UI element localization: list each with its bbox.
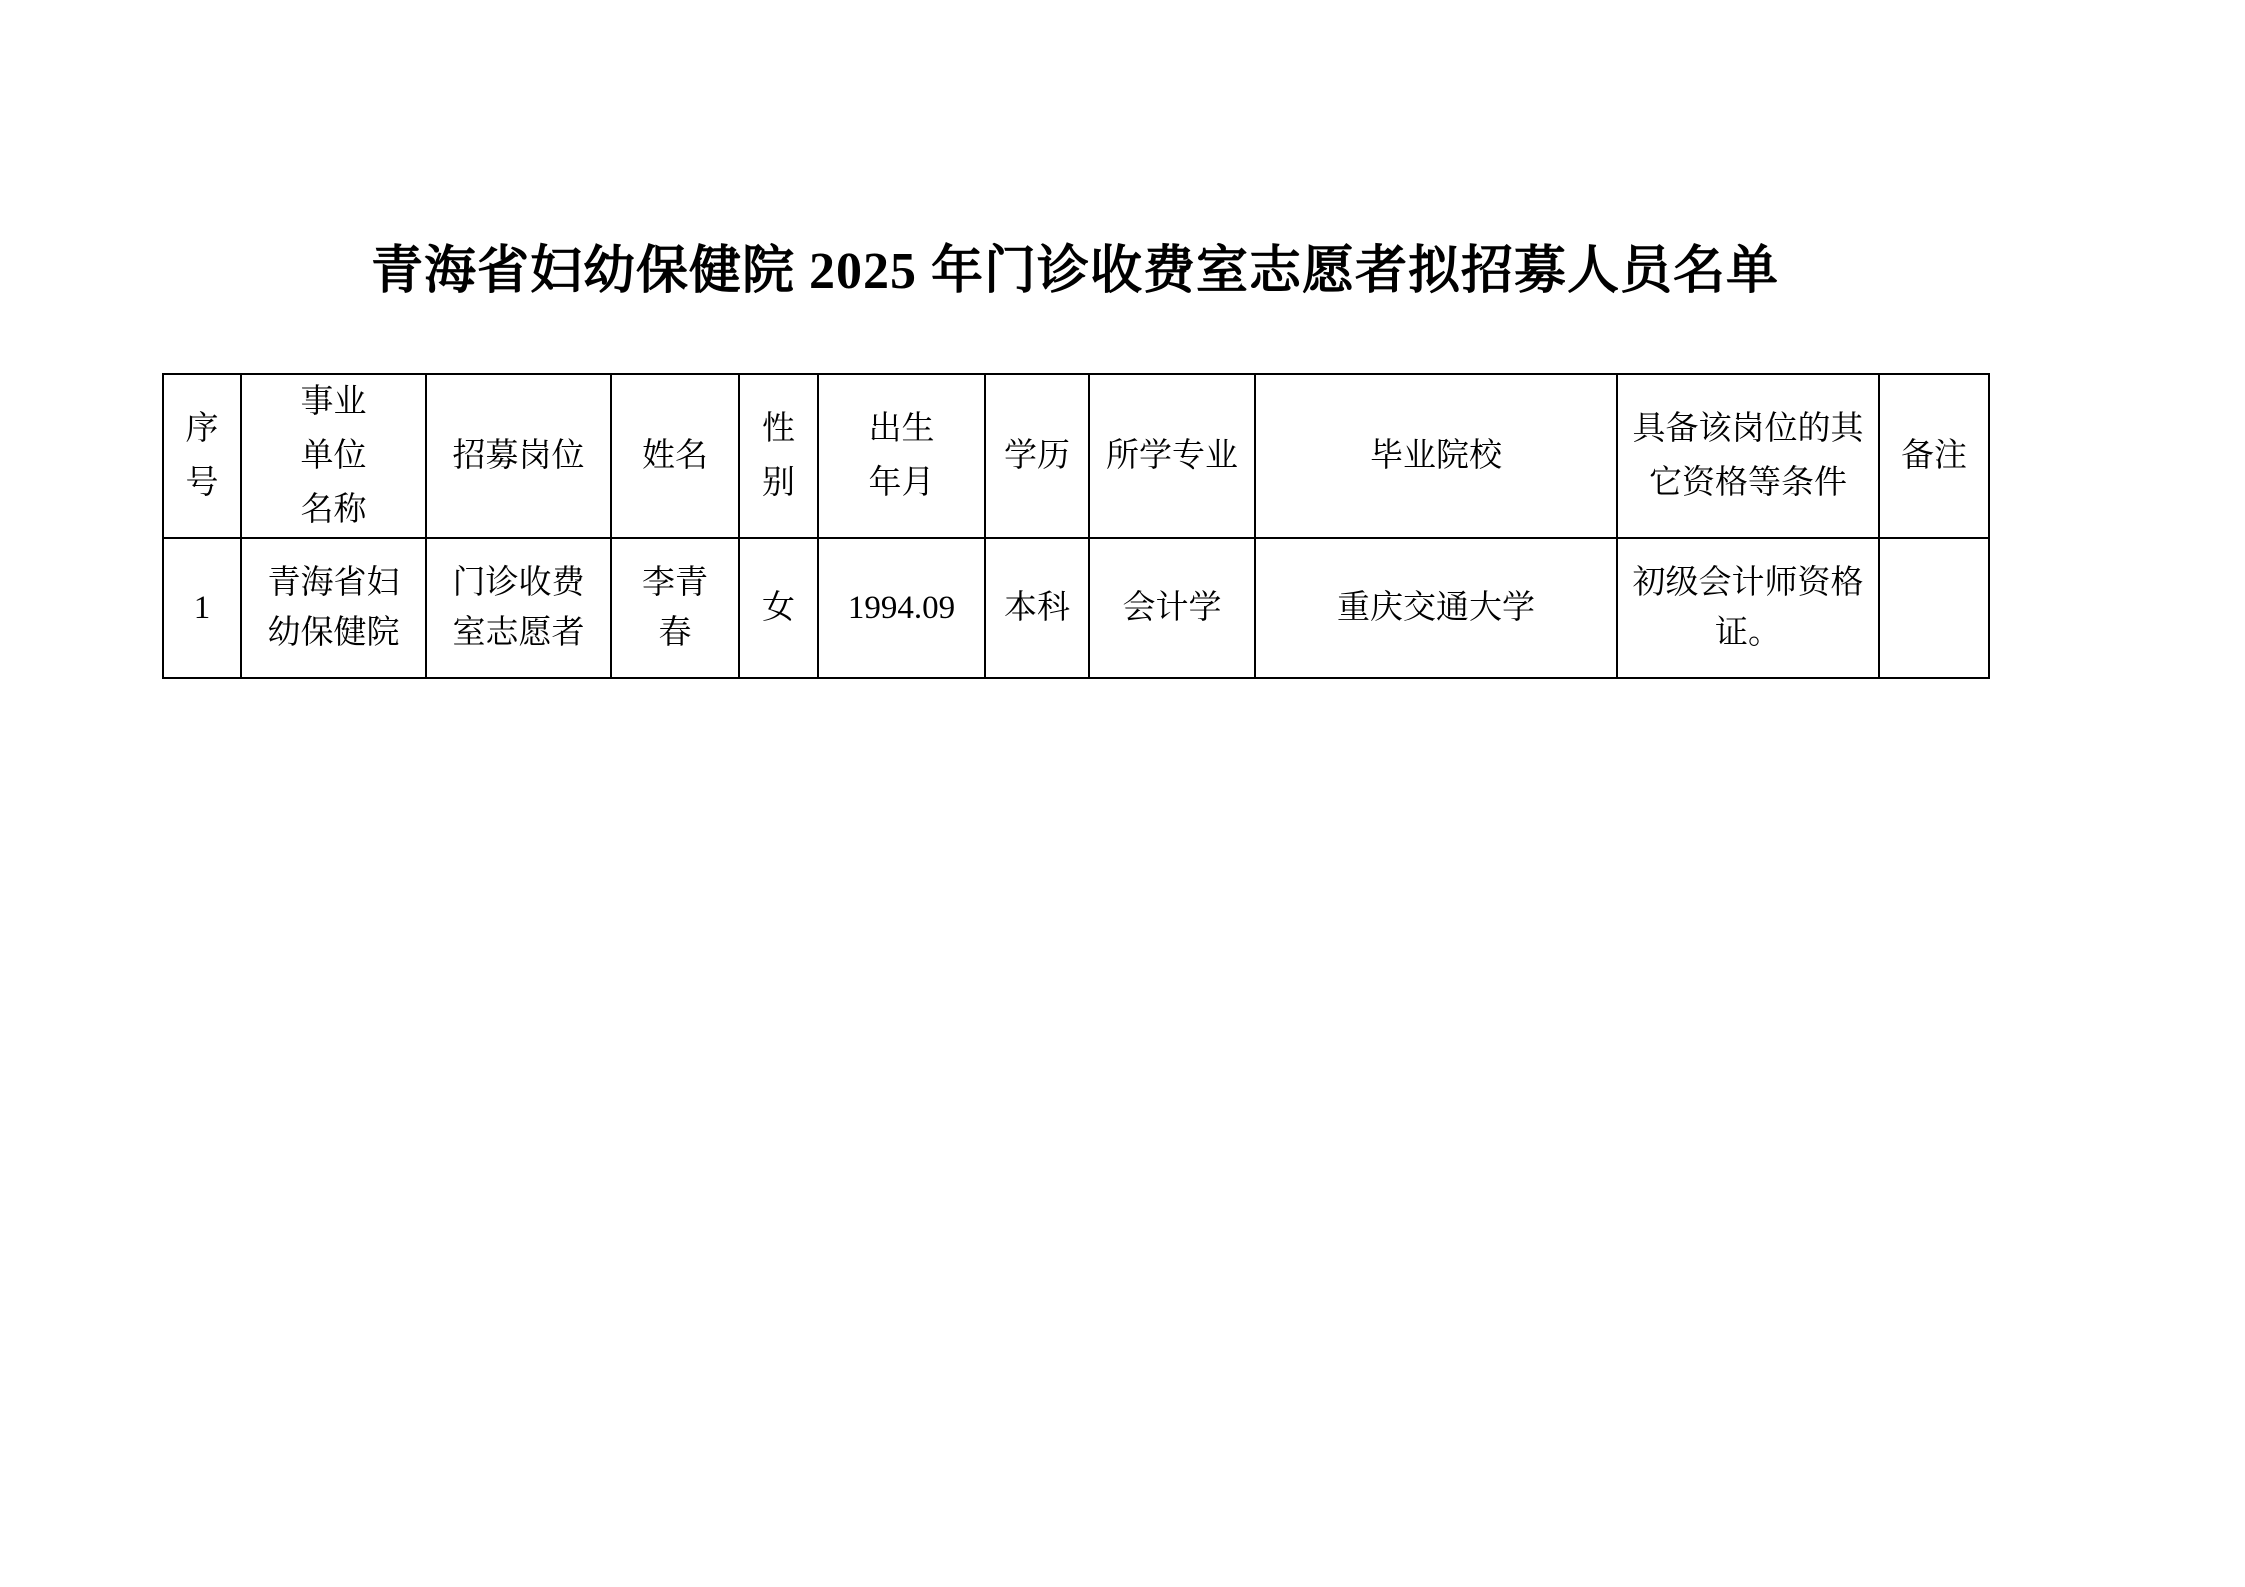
header-name: 姓名 <box>611 374 739 538</box>
table-row: 1 青海省妇 幼保健院 门诊收费 室志愿者 李青 春 女 1994.09 本科 … <box>163 538 1989 678</box>
cell-remarks <box>1879 538 1989 678</box>
cell-other-qualifications: 初级会计师资格 证。 <box>1617 538 1879 678</box>
header-recruit-position: 招募岗位 <box>426 374 611 538</box>
document-title: 青海省妇幼保健院 2025 年门诊收费室志愿者拟招募人员名单 <box>162 240 1988 304</box>
cell-education: 本科 <box>985 538 1089 678</box>
cell-serial-number: 1 <box>163 538 241 678</box>
header-other-qualifications: 具备该岗位的其 它资格等条件 <box>1617 374 1879 538</box>
document-page: 青海省妇幼保健院 2025 年门诊收费室志愿者拟招募人员名单 序 号 事业 单位… <box>0 0 2245 1587</box>
header-education: 学历 <box>985 374 1089 538</box>
recruitment-table: 序 号 事业 单位 名称 招募岗位 姓名 性 别 出生 年月 学历 所学专业 毕… <box>162 373 1990 679</box>
table-header-row: 序 号 事业 单位 名称 招募岗位 姓名 性 别 出生 年月 学历 所学专业 毕… <box>163 374 1989 538</box>
header-serial-number: 序 号 <box>163 374 241 538</box>
header-graduate-school: 毕业院校 <box>1255 374 1617 538</box>
cell-birth-date: 1994.09 <box>818 538 985 678</box>
cell-gender: 女 <box>739 538 818 678</box>
cell-unit-name: 青海省妇 幼保健院 <box>241 538 426 678</box>
header-major: 所学专业 <box>1089 374 1255 538</box>
cell-graduate-school: 重庆交通大学 <box>1255 538 1617 678</box>
header-gender: 性 别 <box>739 374 818 538</box>
header-remarks: 备注 <box>1879 374 1989 538</box>
cell-major: 会计学 <box>1089 538 1255 678</box>
cell-recruit-position: 门诊收费 室志愿者 <box>426 538 611 678</box>
header-birth-date: 出生 年月 <box>818 374 985 538</box>
header-unit-name: 事业 单位 名称 <box>241 374 426 538</box>
cell-name: 李青 春 <box>611 538 739 678</box>
